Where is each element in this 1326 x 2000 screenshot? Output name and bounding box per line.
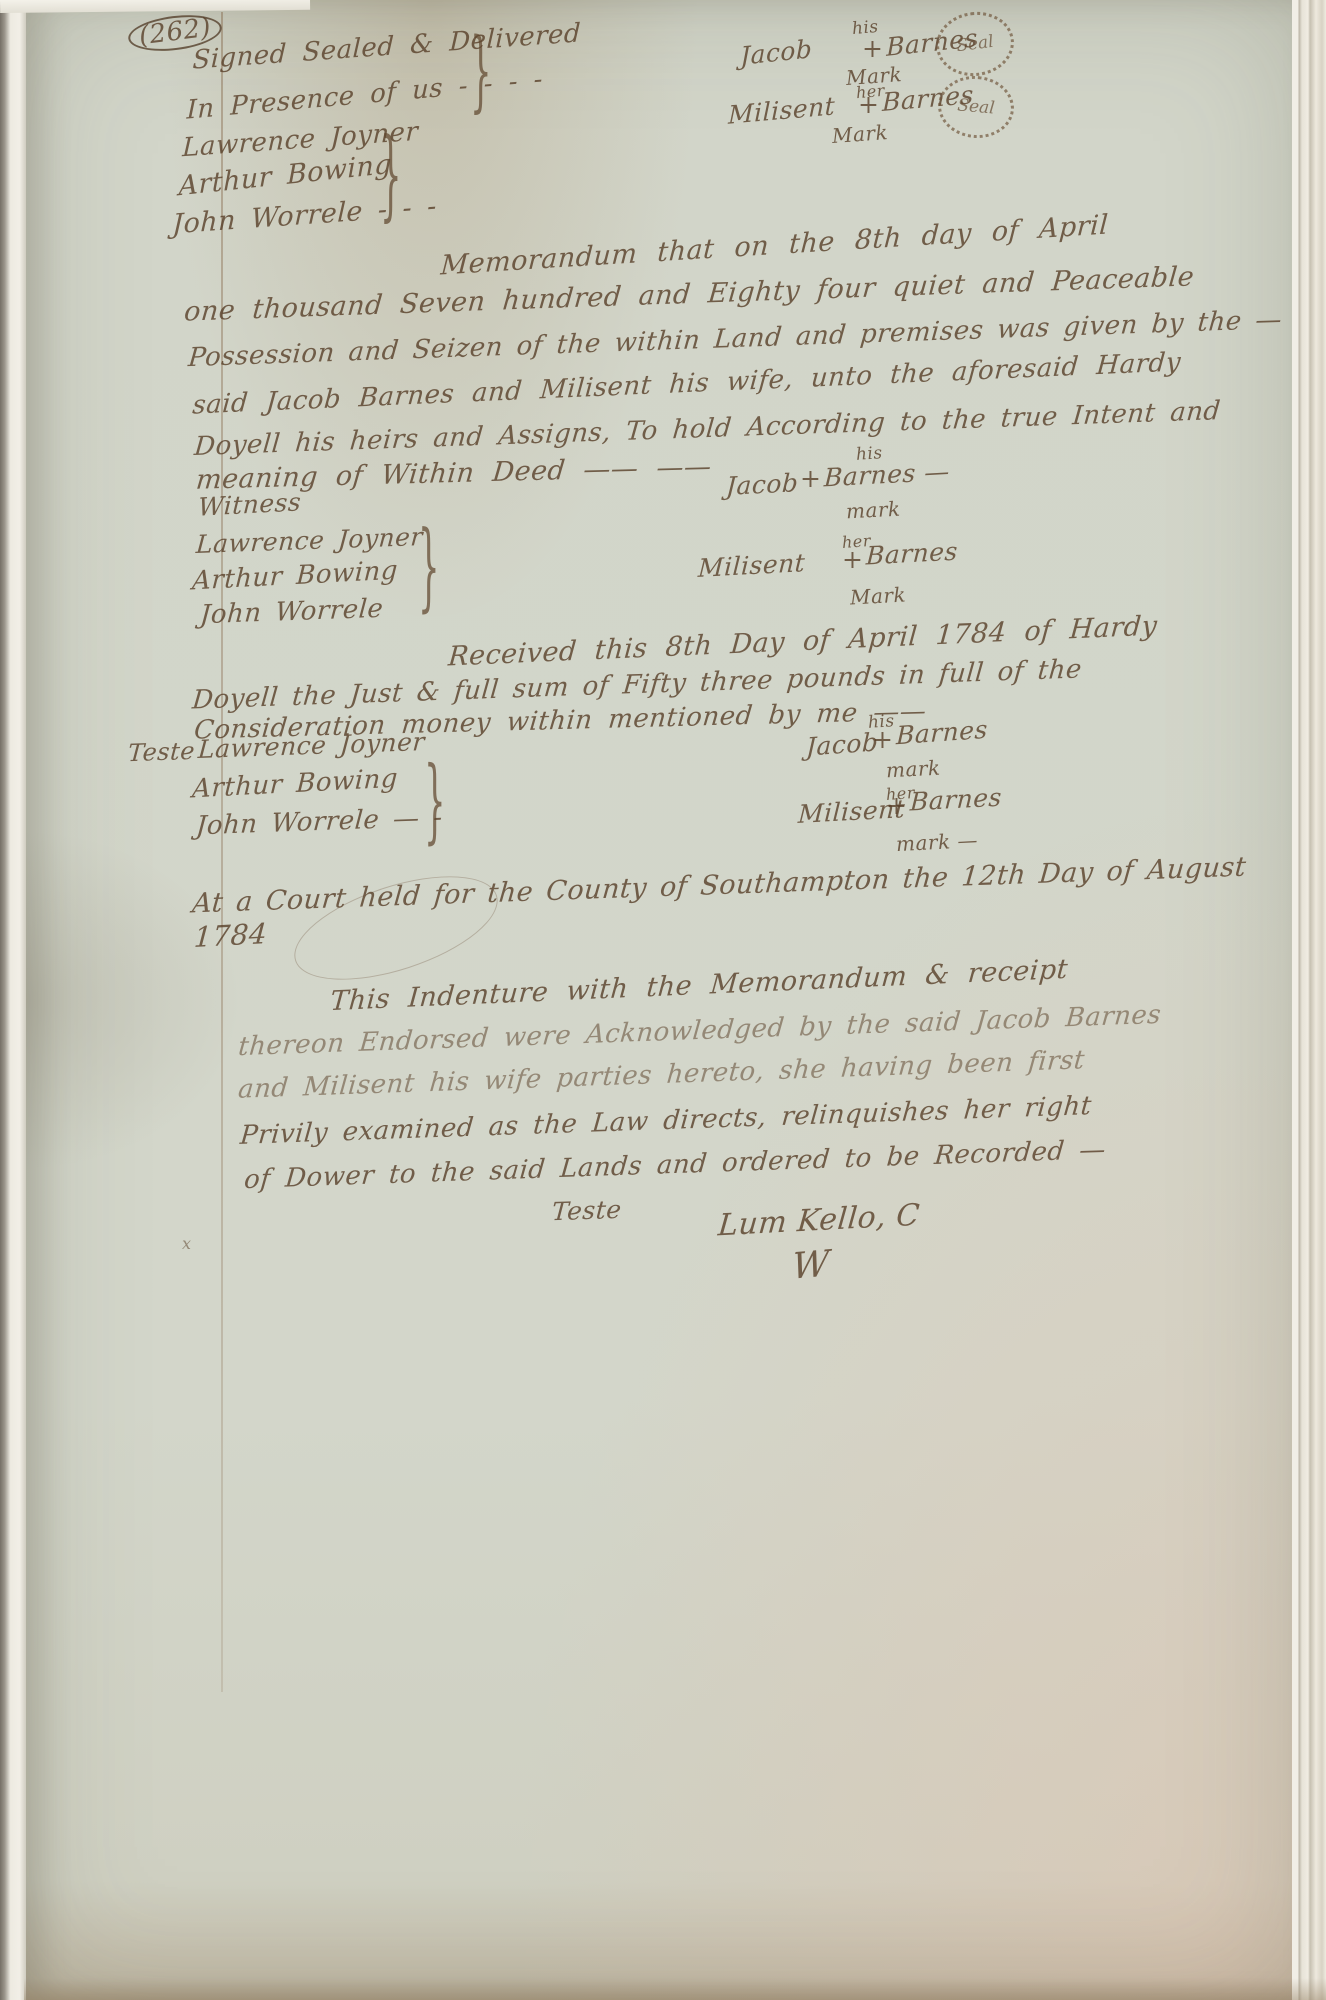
teste-label: Teste	[551, 1197, 622, 1225]
witness-name: John Worrele	[199, 596, 384, 628]
signature-mark-label: mark	[846, 499, 902, 522]
signature-mark-label: Mark	[831, 122, 888, 146]
brace-icon: }	[470, 20, 492, 124]
brace-icon: }	[418, 512, 440, 624]
margin-mark: x	[182, 1236, 192, 1252]
seal-label: Seal	[955, 32, 994, 56]
witness-name: Lawrence Joyner	[195, 524, 424, 557]
signature-name: Barnes	[909, 785, 1002, 815]
book-binding-edge	[0, 0, 26, 2000]
signature-name: Barnes	[865, 539, 958, 569]
teste-label: Teste	[127, 739, 196, 765]
signature-name: Barnes —	[823, 459, 950, 491]
signature-mark-label: mark —	[896, 830, 979, 854]
signature-cross-mark: +	[886, 793, 907, 818]
signature-mark-label: mark	[886, 758, 942, 781]
brace-icon: }	[380, 118, 402, 234]
signature-cross-mark: +	[858, 92, 879, 117]
page-stack-edge	[1292, 0, 1326, 2000]
signature-mark-label: Mark	[850, 585, 907, 608]
signature-cross-mark: +	[862, 36, 883, 61]
pen-flourish-letter: W	[791, 1246, 830, 1286]
signature-cross-mark: +	[800, 466, 821, 491]
page-bottom-shadow	[24, 1978, 1326, 2000]
signature-name: Jacob	[806, 729, 879, 759]
signature-cross-mark: +	[842, 547, 863, 572]
signature-name: Milisent	[697, 550, 806, 581]
signature-name: Barnes	[896, 717, 989, 749]
margin-rule-line	[221, 12, 223, 1692]
witness-block-title: Witness	[197, 489, 302, 520]
witness-name: Lawrence Joyner	[197, 729, 426, 762]
seal-label: Seal	[957, 95, 996, 118]
signature-name: Jacob	[725, 470, 799, 499]
signature-name: Jacob	[740, 36, 812, 69]
document-scan: (262) Signed Sealed & Delivered In Prese…	[0, 0, 1326, 2000]
brace-icon: }	[424, 748, 446, 856]
court-heading-year: 1784	[193, 920, 268, 952]
signature-cross-mark: +	[872, 727, 893, 752]
